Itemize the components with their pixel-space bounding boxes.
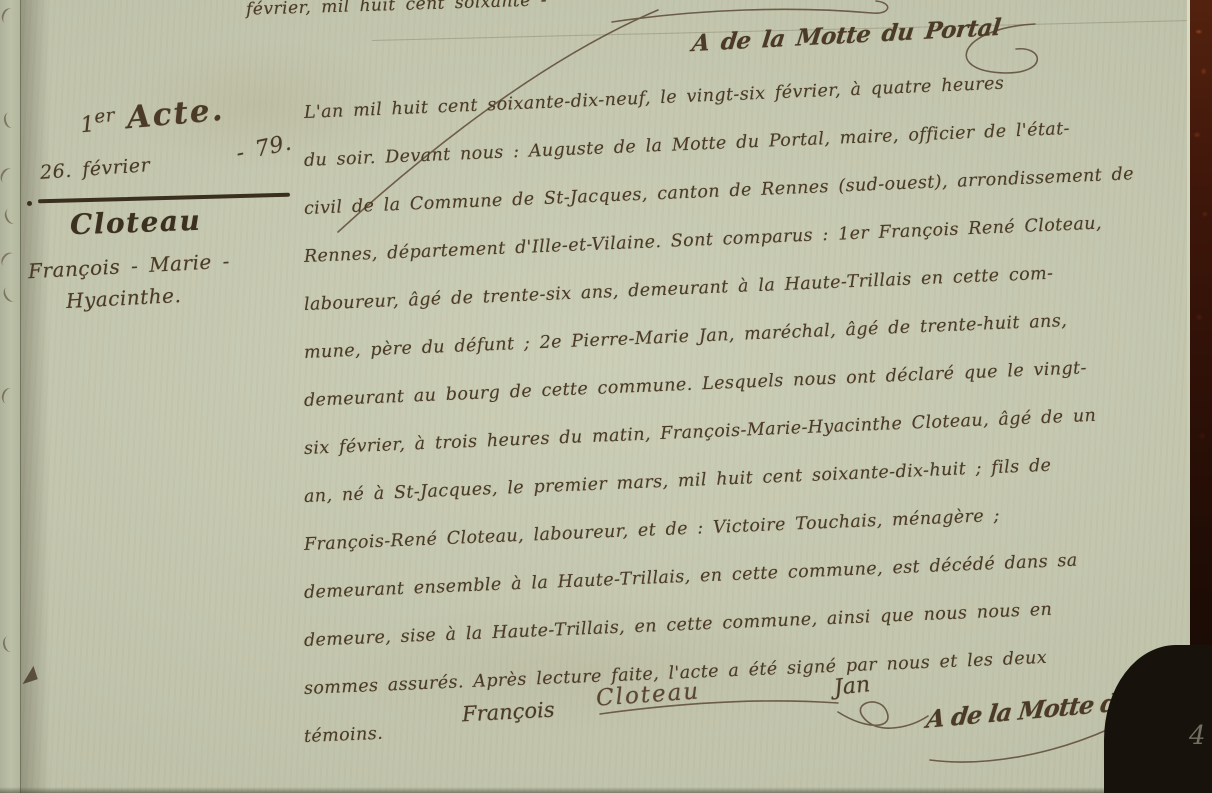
margin-dot (27, 201, 32, 206)
body-line: demeurant ensemble à la Haute-Trillais, … (304, 551, 1079, 603)
registry-scan-page: février, mil huit cent soixante - A de l… (0, 0, 1212, 793)
gutter-ink-blot (18, 666, 38, 684)
edge-ink-mark (1, 635, 17, 653)
body-line: civil de la Commune de St-Jacques, canto… (304, 164, 1135, 219)
body-line: témoins. (304, 724, 384, 747)
previous-page-edge (0, 0, 21, 793)
margin-surname: Cloteau (69, 204, 201, 242)
body-line: laboureur, âgé de trente-six ans, demeur… (304, 264, 1054, 315)
bottom-edge-shadow (0, 787, 1212, 793)
margin-given-names-line2: Hyacinthe. (65, 283, 181, 313)
edge-ink-mark (0, 166, 17, 186)
margin-act-number: - 79. (234, 130, 294, 166)
body-line: Rennes, département d'Ille-et-Vilaine. S… (304, 214, 1103, 267)
body-line: an, né à St-Jacques, le premier mars, mi… (304, 456, 1052, 507)
body-line: demeurant au bourg de cette commune. Les… (304, 358, 1088, 411)
act-ordinal-suffix: er (93, 105, 115, 128)
witness1-signature-given: François (461, 698, 555, 727)
witness2-signature: Jan (833, 672, 872, 701)
edge-ink-mark (0, 386, 17, 405)
edge-ink-mark (1, 284, 20, 304)
crossed-stroke (612, 1, 888, 22)
body-line: François-René Cloteau, laboureur, et de … (304, 506, 1001, 555)
act-body: L'an mil huit cent soixante-dix-neuf, le… (304, 103, 1194, 793)
previous-act-fragment: février, mil huit cent soixante - (246, 0, 547, 20)
body-line: six février, à trois heures du matin, Fr… (304, 406, 1097, 459)
margin-act-label: 1er Acte. (79, 92, 226, 140)
previous-act-officer-signature: A de la Motte du Portal (691, 14, 1003, 57)
edge-ink-mark (2, 206, 20, 226)
edge-ink-mark (0, 250, 19, 271)
body-line: demeure, sise à la Haute-Trillais, en ce… (304, 600, 1053, 651)
edge-ink-mark (0, 6, 18, 26)
margin-given-names-line1: François - Marie - (28, 249, 231, 284)
act-word: Acte. (125, 92, 226, 136)
edge-ink-mark (2, 111, 18, 130)
body-line: mune, père du défunt ; 2e Pierre-Marie J… (304, 311, 1068, 363)
margin-underline-rule (38, 193, 290, 204)
body-line: du soir. Devant nous : Auguste de la Mot… (304, 119, 1071, 171)
margin-date: 26. février (39, 154, 151, 184)
corner-page-number: 4 (1189, 721, 1206, 751)
body-line: L'an mil huit cent soixante-dix-neuf, le… (304, 74, 1005, 123)
